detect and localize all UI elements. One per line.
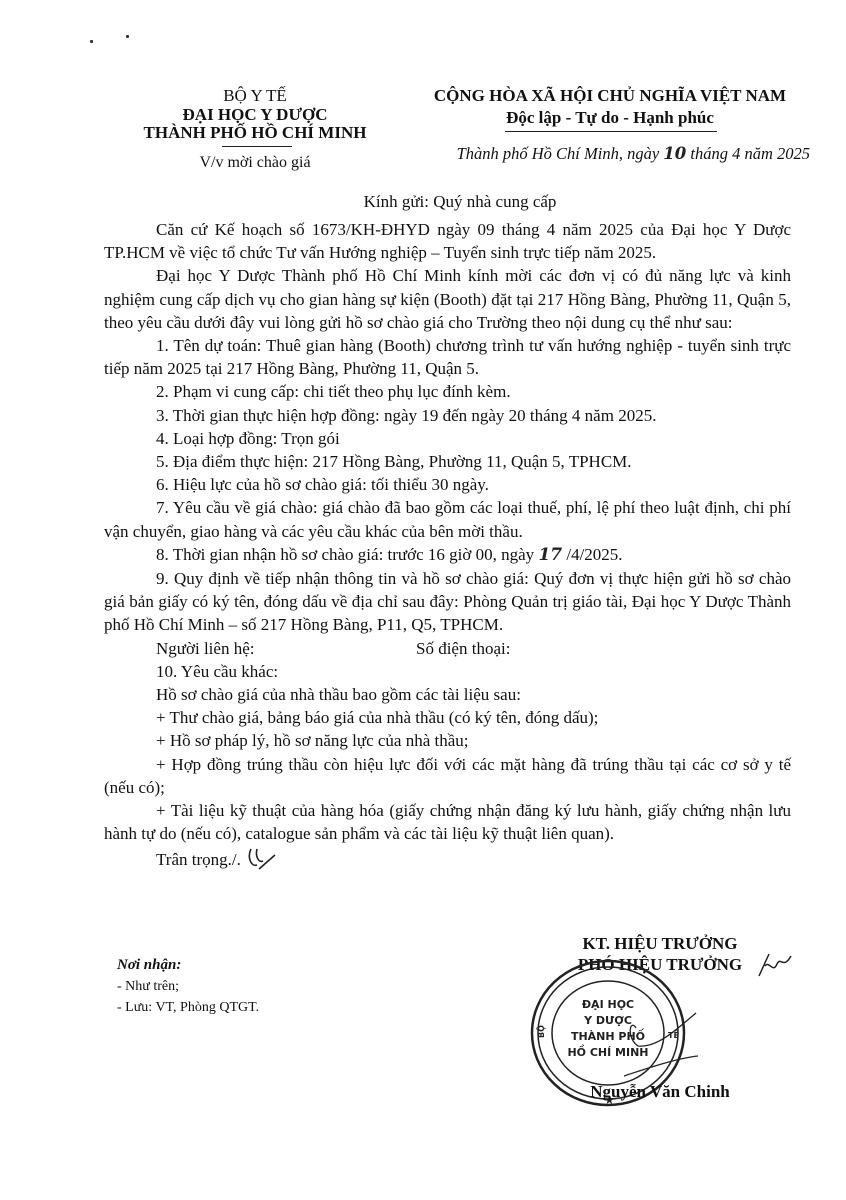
doc-requirement: + Tài liệu kỹ thuật của hàng hóa (giấy c… — [104, 799, 791, 845]
doc-requirement: + Hợp đồng trúng thầu còn hiệu lực đối v… — [104, 753, 791, 799]
document-date: Thành phố Hồ Chí Minh, ngày 10 tháng 4 n… — [420, 144, 810, 164]
svg-text:THÀNH PHỐ: THÀNH PHỐ — [571, 1028, 645, 1043]
signer-name: Nguyễn Văn Chinh — [520, 1082, 800, 1102]
docs-intro: Hồ sơ chào giá của nhà thầu bao gồm các … — [104, 683, 791, 706]
list-item: 2. Phạm vi cung cấp: chi tiết theo phụ l… — [104, 380, 791, 403]
list-item: 7. Yêu cầu về giá chào: giá chào đã bao … — [104, 496, 791, 542]
handwritten-day: 10 — [663, 144, 686, 163]
scan-speck — [90, 40, 93, 43]
phone-label: Số điện thoại: — [416, 637, 510, 660]
closing: Trân trọng./. — [104, 845, 791, 873]
doc-requirement: + Thư chào giá, bảng báo giá của nhà thầ… — [104, 706, 791, 729]
greeting: Kính gửi: Quý nhà cung cấp — [140, 192, 780, 212]
national-title: CỘNG HÒA XÃ HỘI CHỦ NGHĨA VIỆT NAM — [410, 86, 810, 106]
scan-speck — [126, 35, 129, 38]
ministry-name: BỘ Y TẾ — [130, 86, 380, 106]
recipient-item: - Như trên; — [117, 976, 259, 997]
document-body: Căn cứ Kế hoạch số 1673/KH-ĐHYD ngày 09 … — [104, 218, 791, 873]
document-subject: V/v mời chào giá — [130, 154, 380, 172]
signature-scribble-icon — [755, 950, 795, 980]
paragraph-invitation: Đại học Y Dược Thành phố Hồ Chí Minh kín… — [104, 264, 791, 334]
list-item: 5. Địa điểm thực hiện: 217 Hồng Bàng, Ph… — [104, 450, 791, 473]
svg-text:ĐẠI HỌC: ĐẠI HỌC — [582, 998, 634, 1011]
list-item: 4. Loại hợp đồng: Trọn gói — [104, 427, 791, 450]
svg-text:HỒ CHÍ MINH: HỒ CHÍ MINH — [567, 1044, 648, 1059]
list-item: 10. Yêu cầu khác: — [104, 660, 791, 683]
list-item: 1. Tên dự toán: Thuê gian hàng (Booth) c… — [104, 334, 791, 380]
list-item: 3. Thời gian thực hiện hợp đồng: ngày 19… — [104, 404, 791, 427]
handwritten-deadline-day: 17 — [538, 545, 562, 565]
list-item: 9. Quy định về tiếp nhận thông tin và hồ… — [104, 567, 791, 637]
paragraph-basis: Căn cứ Kế hoạch số 1673/KH-ĐHYD ngày 09 … — [104, 218, 791, 264]
contact-label: Người liên hệ: — [156, 637, 416, 660]
national-motto: Độc lập - Tự do - Hạnh phúc — [410, 108, 810, 128]
university-name-line1: ĐẠI HỌC Y DƯỢC — [130, 105, 380, 125]
header-right-rule — [505, 131, 717, 132]
header-left-rule — [222, 146, 292, 147]
doc-requirement: + Hồ sơ pháp lý, hồ sơ năng lực của nhà … — [104, 729, 791, 752]
recipients-block: Nơi nhận: - Như trên; - Lưu: VT, Phòng Q… — [117, 955, 259, 1018]
recipient-item: - Lưu: VT, Phòng QTGT. — [117, 997, 259, 1018]
svg-text:BỘ: BỘ — [536, 1025, 546, 1038]
contact-row: Người liên hệ: Số điện thoại: — [104, 637, 791, 660]
list-item: 8. Thời gian nhận hồ sơ chào giá: trước … — [104, 543, 791, 567]
list-item: 6. Hiệu lực của hồ sơ chào giá: tối thiể… — [104, 473, 791, 496]
university-name-line2: THÀNH PHỐ HỒ CHÍ MINH — [130, 123, 380, 143]
initials-mark-icon — [245, 845, 279, 873]
svg-text:Y DƯỢC: Y DƯỢC — [583, 1014, 632, 1027]
recipients-title: Nơi nhận: — [117, 955, 259, 976]
